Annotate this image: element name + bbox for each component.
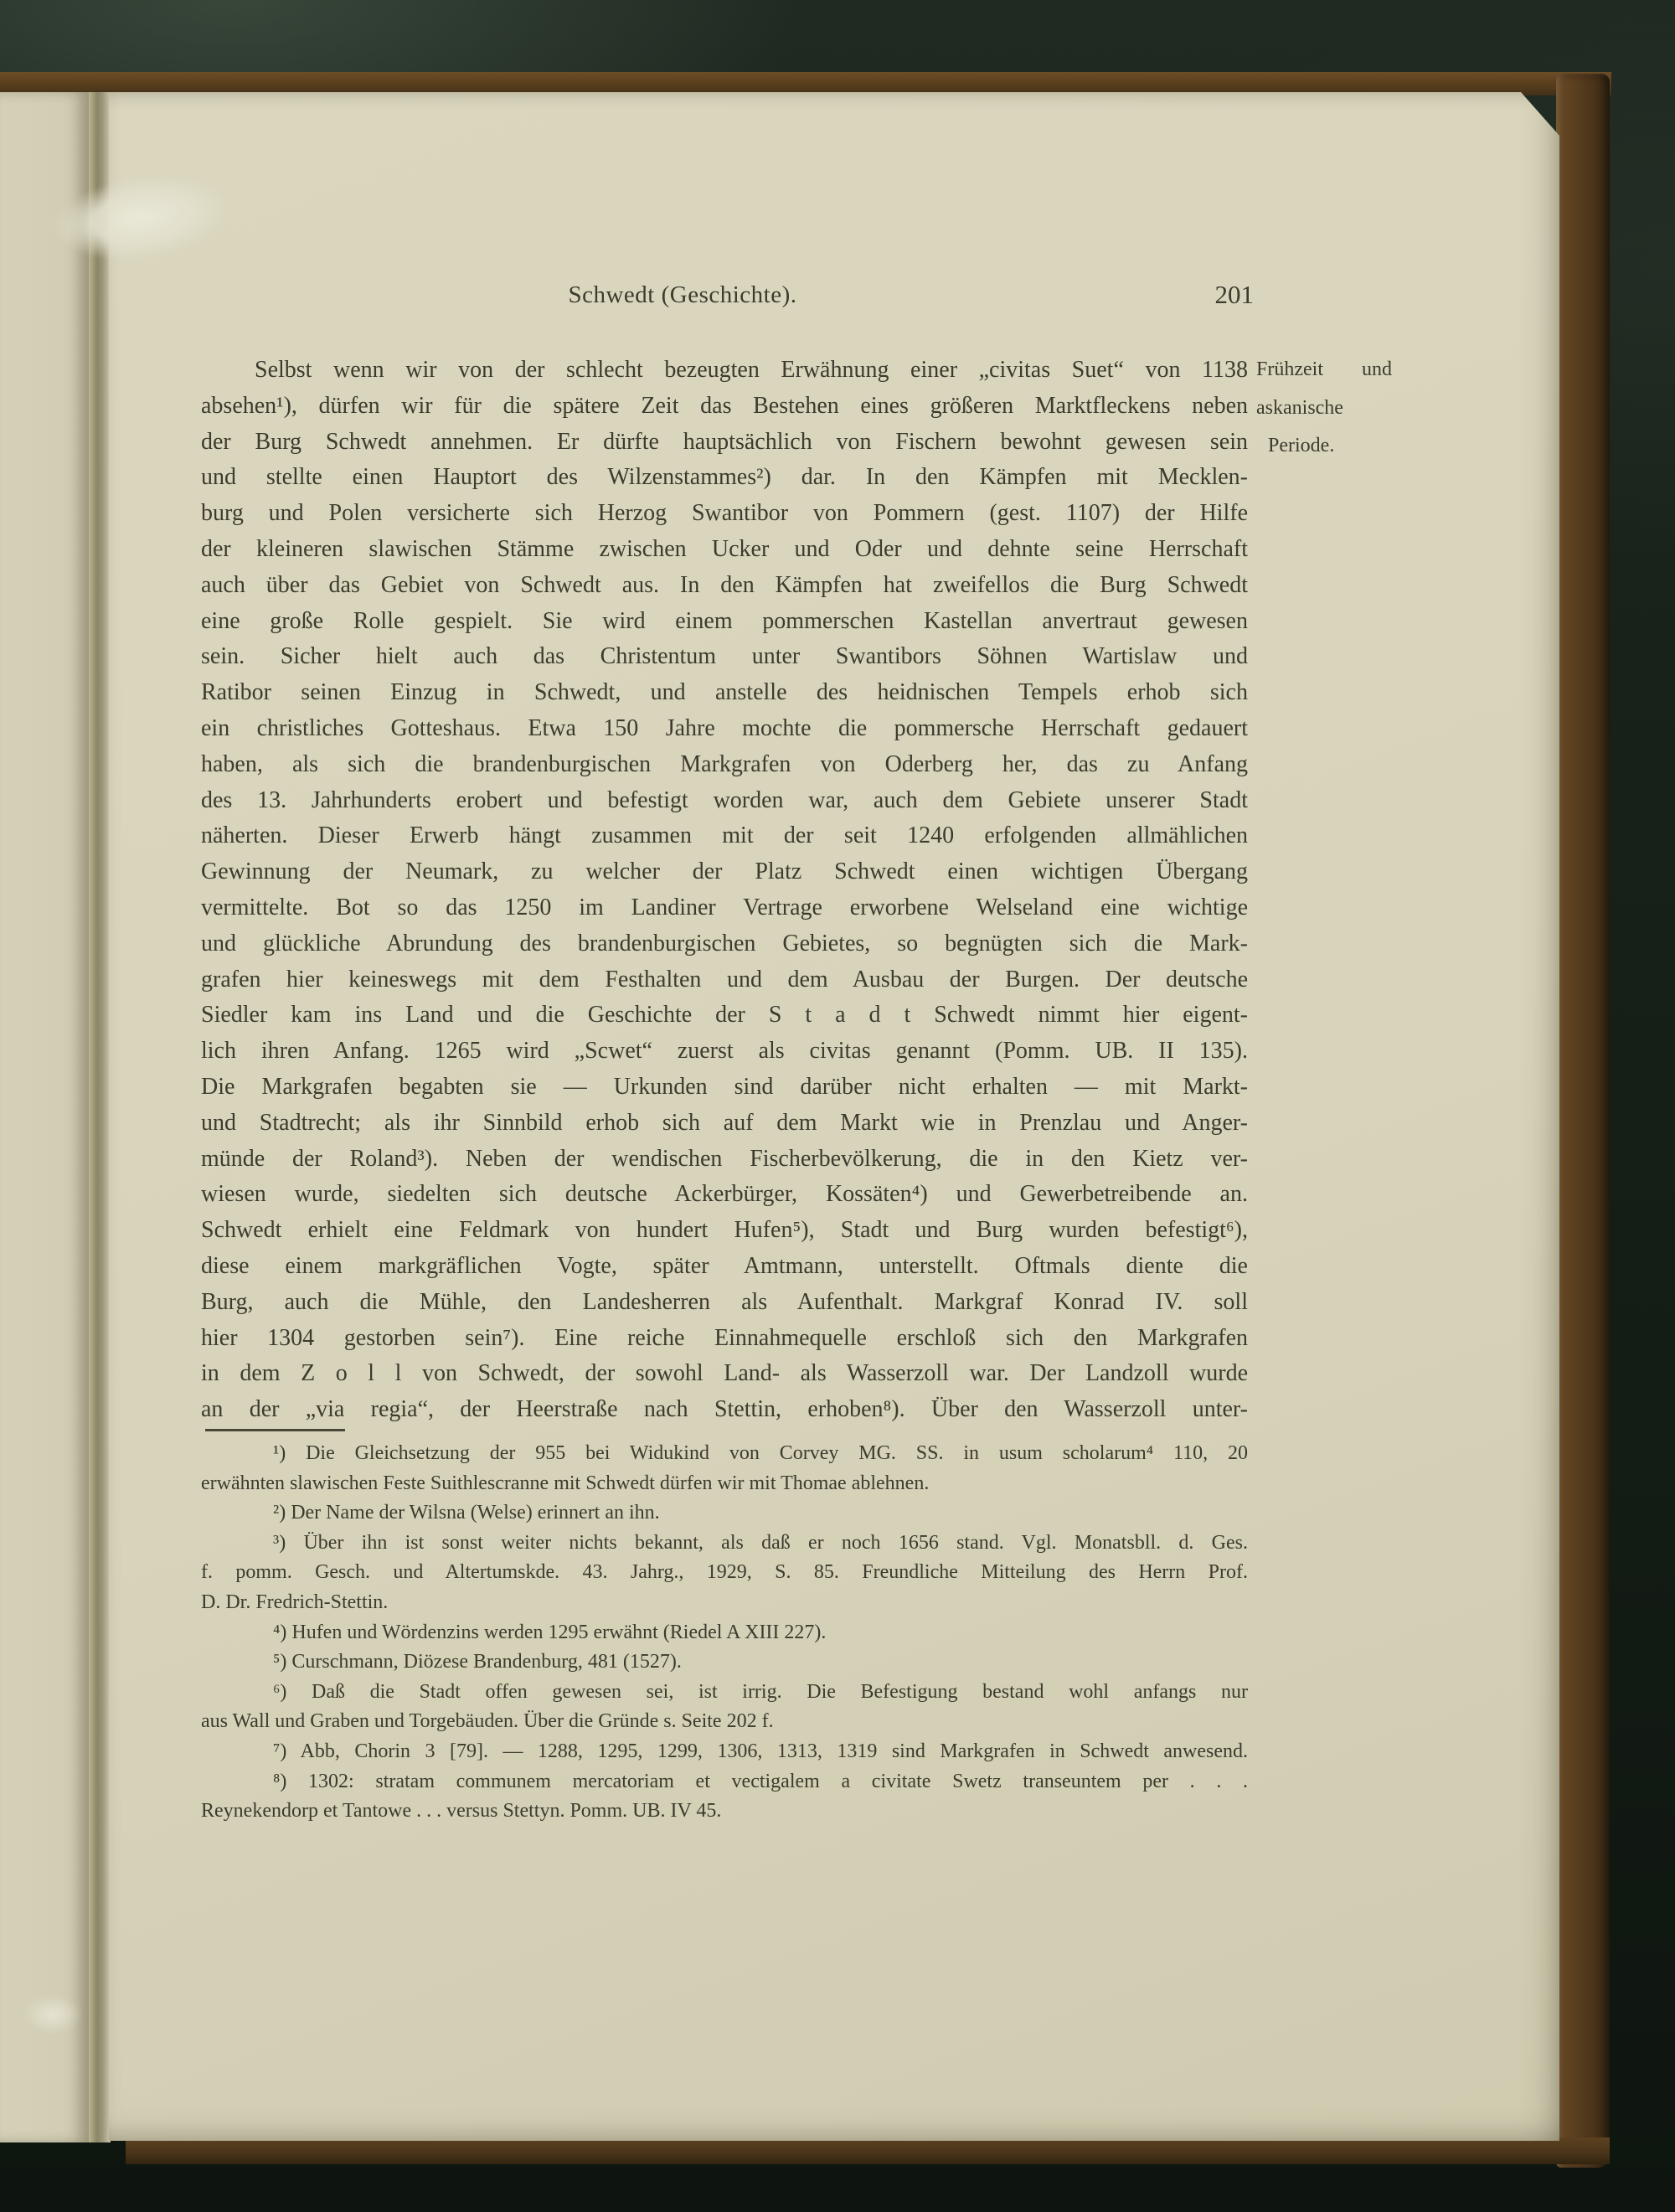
- body-line: und stellte einen Hauptort des Wilzensta…: [201, 460, 1248, 496]
- body-line: eine große Rolle gespielt. Sie wird eine…: [201, 604, 1248, 640]
- footnote-line: aus Wall und Graben und Torgebäuden. Übe…: [201, 1707, 1248, 1737]
- body-line: des 13. Jahrhunderts erobert und befesti…: [201, 783, 1248, 819]
- body-line: Schwedt erhielt eine Feldmark von hunder…: [201, 1213, 1248, 1249]
- body-line: absehen¹), dürfen wir für die spätere Ze…: [201, 389, 1248, 425]
- body-line: burg und Polen versicherte sich Herzog S…: [201, 496, 1248, 532]
- footnote-line: ⁸) 1302: stratam communem mercatoriam et…: [201, 1767, 1248, 1797]
- page-number: 201: [1153, 280, 1254, 310]
- body-line: Selbst wenn wir von der schlecht bezeugt…: [201, 353, 1248, 389]
- footnote-line: ⁵) Curschmann, Diözese Brandenburg, 481 …: [201, 1647, 1248, 1678]
- footnote-separator: [205, 1429, 345, 1431]
- footnote-line: ¹) Die Gleichsetzung der 955 bei Widukin…: [201, 1439, 1248, 1469]
- running-header: Schwedt (Geschichte).: [201, 281, 1164, 309]
- footnote-line: D. Dr. Fredrich-Stettin.: [201, 1588, 1248, 1618]
- book-cover-edge-right: [1556, 74, 1610, 2168]
- body-line: Die Markgrafen begabten sie — Urkunden s…: [201, 1070, 1248, 1106]
- body-line: hier 1304 gestorben sein⁷). Eine reiche …: [201, 1321, 1248, 1357]
- body-line: und glückliche Abrundung des brandenburg…: [201, 926, 1248, 962]
- body-line: münde der Roland³). Neben der wendischen…: [201, 1142, 1248, 1178]
- body-line: in dem Z o l l von Schwedt, der sowohl L…: [201, 1356, 1248, 1392]
- body-line: Gewinnung der Neumark, zu welcher der Pl…: [201, 854, 1248, 890]
- margin-note-line: Frühzeit und: [1256, 351, 1392, 389]
- body-line: näherten. Dieser Erwerb hängt zusammen m…: [201, 818, 1248, 854]
- footnote-line: ⁶) Daß die Stadt offen gewesen sei, ist …: [201, 1678, 1248, 1708]
- scanned-book-photo: Schwedt (Geschichte). 201 Frühzeit und a…: [0, 0, 1675, 2212]
- margin-note: Frühzeit und askanische Periode.: [1256, 351, 1392, 466]
- page-gutter-shadow: [89, 92, 111, 2142]
- body-line: wiesen wurde, siedelten sich deutsche Ac…: [201, 1177, 1248, 1213]
- body-line: sein. Sicher hielt auch das Christentum …: [201, 639, 1248, 675]
- book-cover-edge-top: [0, 72, 1611, 95]
- body-line: an der „via regia“, der Heerstraße nach …: [201, 1392, 1248, 1428]
- paper-fleck: [23, 1995, 82, 2034]
- footnotes: ¹) Die Gleichsetzung der 955 bei Widukin…: [201, 1439, 1248, 1827]
- body-text: Selbst wenn wir von der schlecht bezeugt…: [201, 353, 1248, 1428]
- body-line: vermittelte. Bot so das 1250 im Landiner…: [201, 890, 1248, 926]
- body-line: auch über das Gebiet von Schwedt aus. In…: [201, 568, 1248, 604]
- body-line: Ratibor seinen Einzug in Schwedt, und an…: [201, 675, 1248, 711]
- margin-note-line: askanische: [1256, 389, 1392, 428]
- body-line: haben, als sich die brandenburgischen Ma…: [201, 747, 1248, 783]
- body-line: und Stadtrecht; als ihr Sinnbild erhob s…: [201, 1106, 1248, 1142]
- body-line: der kleineren slawischen Stämme zwischen…: [201, 532, 1248, 568]
- footnote-line: erwähnten slawischen Feste Suithlescrann…: [201, 1469, 1248, 1499]
- footnote-line: Reynekendorp et Tantowe . . . versus Ste…: [201, 1797, 1248, 1827]
- body-line: lich ihren Anfang. 1265 wird „Scwet“ zue…: [201, 1034, 1248, 1070]
- margin-note-line: Periode.: [1256, 427, 1392, 466]
- body-line: diese einem markgräflichen Vogte, später…: [201, 1249, 1248, 1285]
- previous-page-edge: [0, 92, 89, 2142]
- footnote-line: ³) Über ihn ist sonst weiter nichts beka…: [201, 1529, 1248, 1559]
- footnote-line: ⁴) Hufen und Wördenzins werden 1295 erwä…: [201, 1618, 1248, 1648]
- body-line: der Burg Schwedt annehmen. Er dürfte hau…: [201, 425, 1248, 461]
- footnote-line: ²) Der Name der Wilsna (Welse) erinnert …: [201, 1498, 1248, 1529]
- body-line: grafen hier keineswegs mit dem Festhalte…: [201, 962, 1248, 998]
- body-line: ein christliches Gotteshaus. Etwa 150 Ja…: [201, 711, 1248, 747]
- footnote-line: ⁷) Abb, Chorin 3 [79]. — 1288, 1295, 129…: [201, 1737, 1248, 1767]
- book-cover-edge-bottom: [126, 2137, 1610, 2164]
- footnote-line: f. pomm. Gesch. und Altertumskde. 43. Ja…: [201, 1558, 1248, 1588]
- body-line: Burg, auch die Mühle, den Landesherren a…: [201, 1285, 1248, 1321]
- body-line: Siedler kam ins Land und die Geschichte …: [201, 998, 1248, 1034]
